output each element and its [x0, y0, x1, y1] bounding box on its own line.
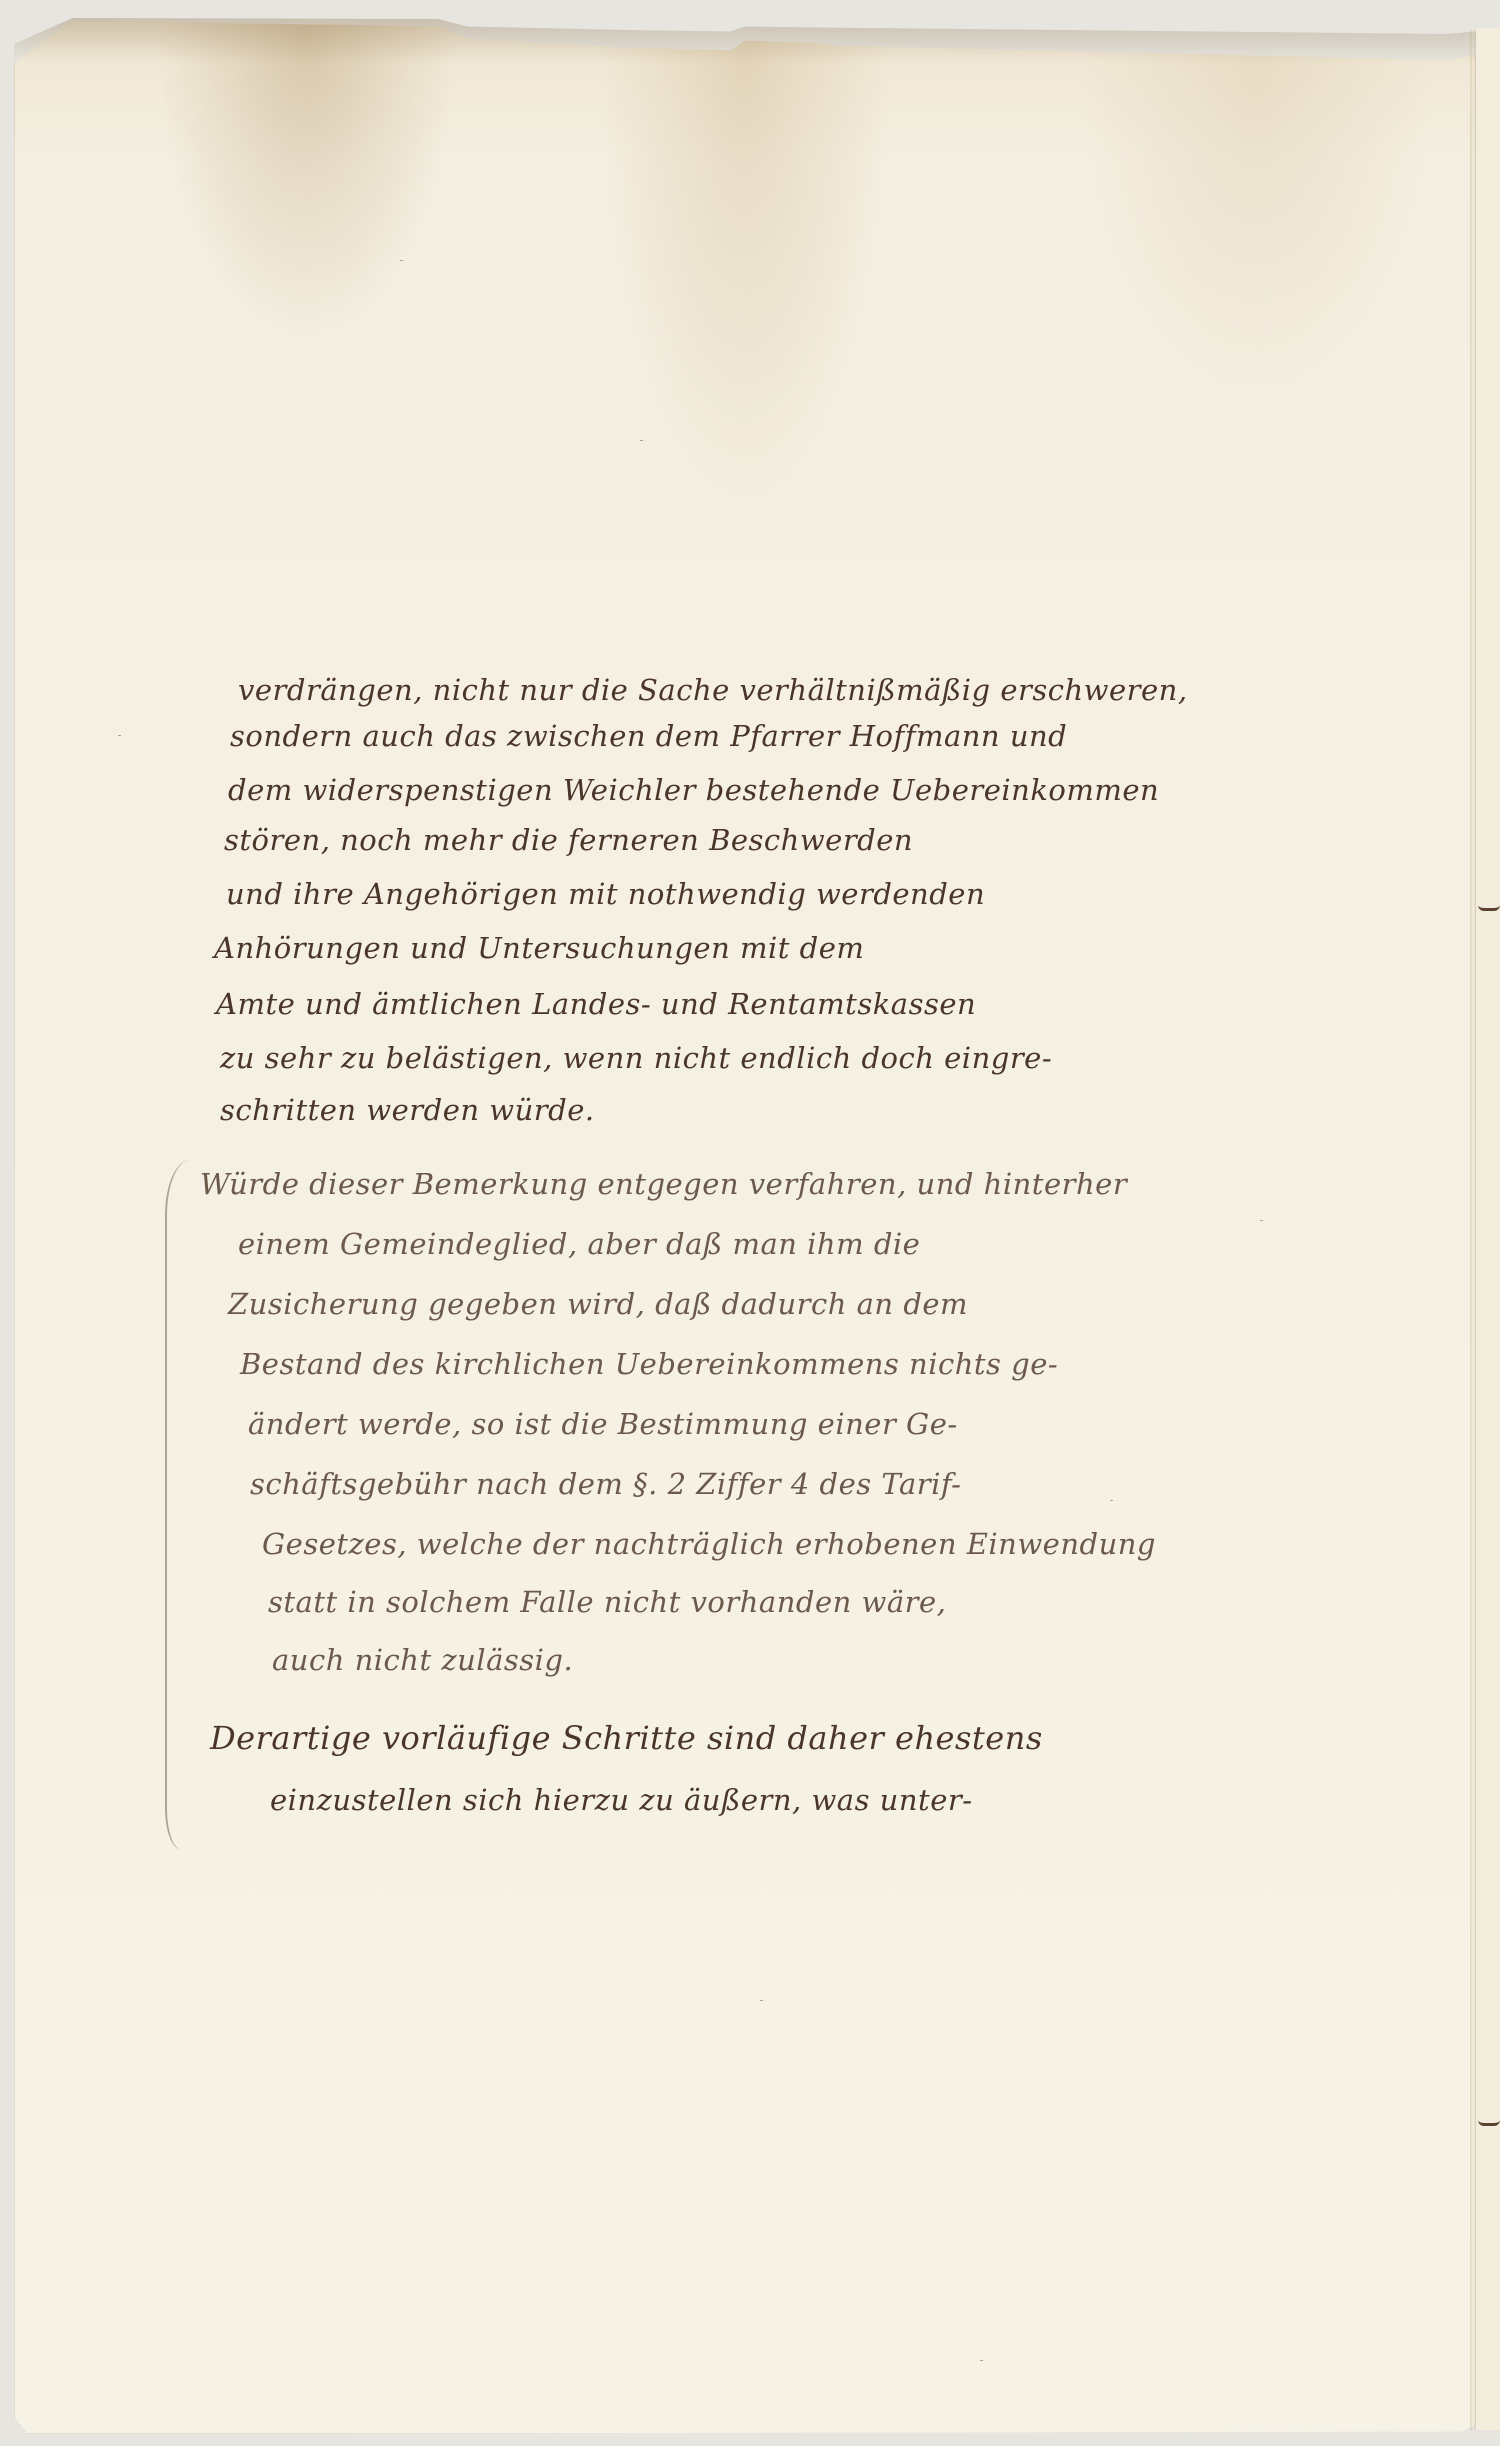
manuscript-line: sondern auch das zwischen dem Pfarrer Ho…: [230, 722, 1067, 751]
margin-bracket-line: [165, 1160, 207, 1850]
paper-speck: [640, 440, 643, 441]
adjacent-page-ink-mark: [1478, 905, 1500, 911]
paper-speck: [1260, 1220, 1263, 1221]
manuscript-line: und ihre Angehörigen mit nothwendig werd…: [226, 880, 985, 909]
manuscript-line: verdrängen, nicht nur die Sache verhältn…: [238, 676, 1188, 705]
manuscript-line: Würde dieser Bemerkung entgegen verfahre…: [200, 1170, 1127, 1199]
paper-speck: [760, 2000, 763, 2001]
paper-sheet: [14, 14, 1476, 2434]
paper-speck: [400, 260, 403, 261]
adjacent-page-strip: [1476, 28, 1500, 2430]
paper-speck: [118, 735, 121, 736]
manuscript-line: ändert werde, so ist die Bestimmung eine…: [248, 1410, 958, 1439]
manuscript-line: einem Gemeindeglied, aber daß man ihm di…: [238, 1230, 920, 1259]
manuscript-line: Bestand des kirchlichen Uebereinkommens …: [240, 1350, 1058, 1379]
manuscript-line: zu sehr zu belästigen, wenn nicht endlic…: [220, 1044, 1052, 1073]
page-fold: [1470, 30, 1476, 2430]
manuscript-line: Amte und ämtlichen Landes- und Rentamtsk…: [216, 990, 976, 1019]
paper-speck: [980, 2360, 983, 2361]
manuscript-line: Anhörungen und Untersuchungen mit dem: [214, 934, 864, 963]
manuscript-line: Derartige vorläufige Schritte sind daher…: [210, 1722, 1043, 1754]
scanned-page: verdrängen, nicht nur die Sache verhältn…: [0, 0, 1500, 2446]
manuscript-line: schäftsgebühr nach dem §. 2 Ziffer 4 des…: [250, 1470, 961, 1499]
manuscript-line: auch nicht zulässig.: [272, 1646, 573, 1675]
manuscript-line: dem widerspenstigen Weichler bestehende …: [228, 776, 1159, 805]
manuscript-line: stören, noch mehr die ferneren Beschwerd…: [224, 826, 913, 855]
manuscript-line: einzustellen sich hierzu zu äußern, was …: [270, 1786, 973, 1815]
manuscript-line: schritten werden würde.: [220, 1096, 595, 1125]
manuscript-line: Gesetzes, welche der nachträglich erhobe…: [262, 1530, 1156, 1559]
paper-speck: [1110, 1500, 1113, 1501]
adjacent-page-ink-mark: [1478, 2120, 1500, 2126]
manuscript-line: statt in solchem Falle nicht vorhanden w…: [268, 1588, 946, 1617]
manuscript-line: Zusicherung gegeben wird, daß dadurch an…: [228, 1290, 968, 1319]
